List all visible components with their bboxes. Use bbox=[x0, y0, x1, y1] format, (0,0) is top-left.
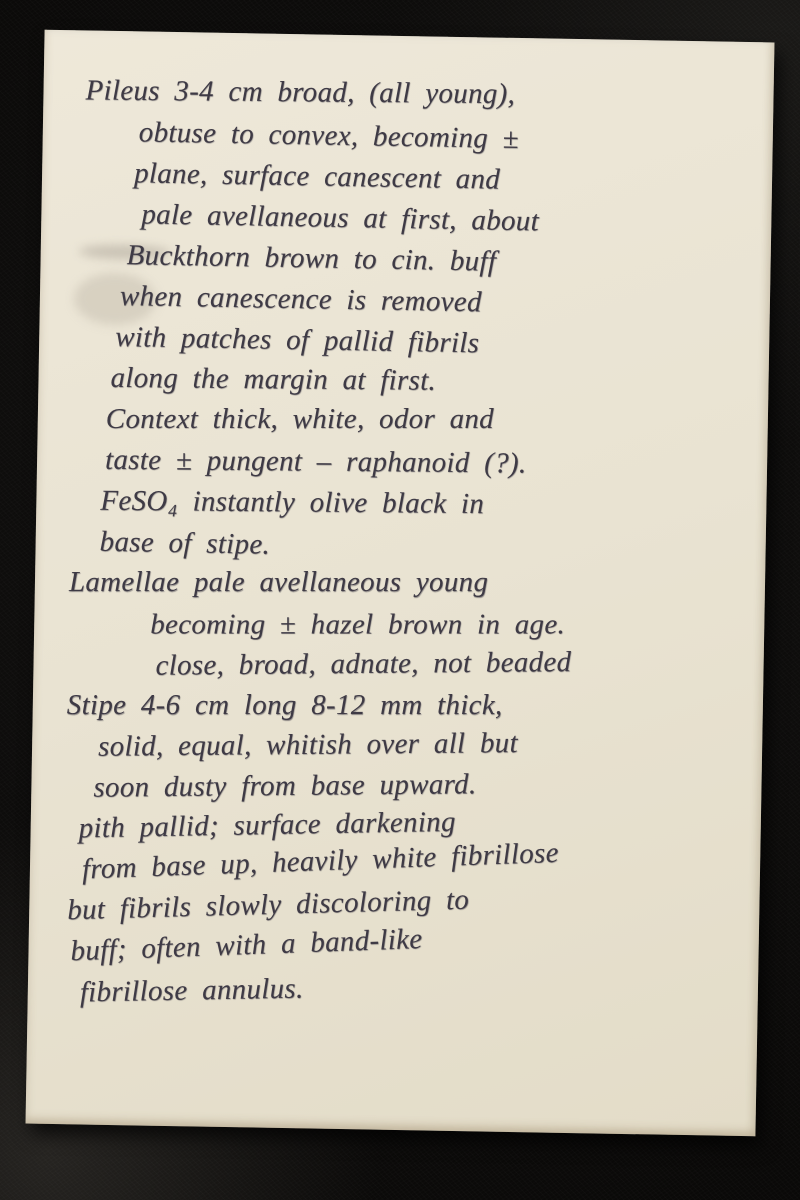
index-card: Pileus 3-4 cm broad, (all young),obtuse … bbox=[26, 30, 775, 1137]
note-line: Pileus 3-4 cm broad, (all young), bbox=[85, 70, 759, 117]
note-line: close, broad, adnate, not beaded bbox=[155, 641, 749, 687]
note-line: solid, equal, whitish over all but bbox=[98, 721, 748, 768]
section-lamellae: Lamellae pale avellaneous youngbecoming … bbox=[67, 562, 751, 697]
note-line: becoming ± hazel brown in age. bbox=[150, 605, 750, 646]
section-stipe: Stipe 4-6 cm long 8-12 mm thick,solid, e… bbox=[61, 685, 749, 1025]
note-line: Context thick, white, odor and bbox=[106, 399, 754, 440]
note-line: taste ± pungent – raphanoid (?). bbox=[105, 440, 753, 487]
note-line: FeSO₄ instantly olive black in bbox=[100, 481, 752, 528]
section-pileus: Pileus 3-4 cm broad, (all young),obtuse … bbox=[69, 70, 759, 574]
note-line: Stipe 4-6 cm long 8-12 mm thick, bbox=[67, 685, 749, 726]
note-line: fibrillose annulus. bbox=[79, 961, 744, 1014]
photo-background: Pileus 3-4 cm broad, (all young),obtuse … bbox=[0, 0, 800, 1200]
note-line: along the margin at first. bbox=[110, 358, 754, 405]
handwritten-note: Pileus 3-4 cm broad, (all young),obtuse … bbox=[61, 70, 759, 1025]
note-line: Lamellae pale avellaneous young bbox=[69, 562, 751, 603]
